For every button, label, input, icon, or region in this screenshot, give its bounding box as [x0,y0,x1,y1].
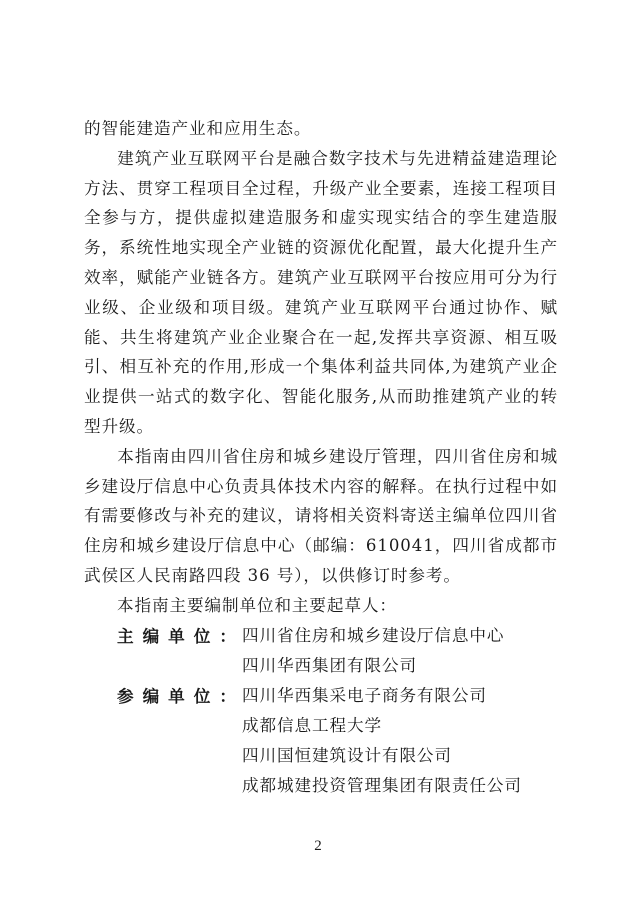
participating-editor-unit: 四川华西集采电子商务有限公司 [242,681,487,711]
document-page: 的智能建造产业和应用生态。 建筑产业互联网平台是融合数字技术与先进精益建造理论方… [0,0,636,900]
participating-editor-block: 参编单位： 四川华西集采电子商务有限公司 成都信息工程大学 四川国恒建筑设计有限… [84,681,558,801]
participating-editor-row: 成都信息工程大学 [84,711,558,741]
chief-editor-unit: 四川华西集团有限公司 [242,651,417,681]
empty-label [84,771,242,801]
participating-editor-unit: 四川国恒建筑设计有限公司 [242,741,452,771]
paragraph-management-notice: 本指南由四川省住房和城乡建设厅管理，四川省住房和城乡建设厅信息中心负责具体技术内… [84,442,558,591]
participating-editor-label: 参编单位： [84,681,242,711]
participating-editor-unit: 成都城建投资管理集团有限责任公司 [242,771,522,801]
chief-editor-block: 主编单位： 四川省住房和城乡建设厅信息中心 四川华西集团有限公司 [84,621,558,681]
empty-label [84,651,242,681]
participating-editor-row: 四川国恒建筑设计有限公司 [84,741,558,771]
chief-editor-row: 主编单位： 四川省住房和城乡建设厅信息中心 [84,621,558,651]
participating-editor-row: 成都城建投资管理集团有限责任公司 [84,771,558,801]
paragraph-continuation: 的智能建造产业和应用生态。 [84,114,558,144]
page-number: 2 [0,838,636,855]
paragraph-platform-definition: 建筑产业互联网平台是融合数字技术与先进精益建造理论方法、贯穿工程项目全过程，升级… [84,144,558,442]
chief-editor-label: 主编单位： [84,621,242,651]
participating-editor-row: 参编单位： 四川华西集采电子商务有限公司 [84,681,558,711]
empty-label [84,711,242,741]
empty-label [84,741,242,771]
page-content: 的智能建造产业和应用生态。 建筑产业互联网平台是融合数字技术与先进精益建造理论方… [84,114,558,801]
chief-editor-row: 四川华西集团有限公司 [84,651,558,681]
chief-editor-unit: 四川省住房和城乡建设厅信息中心 [242,621,504,651]
editors-intro: 本指南主要编制单位和主要起草人： [84,591,558,621]
participating-editor-unit: 成都信息工程大学 [242,711,382,741]
